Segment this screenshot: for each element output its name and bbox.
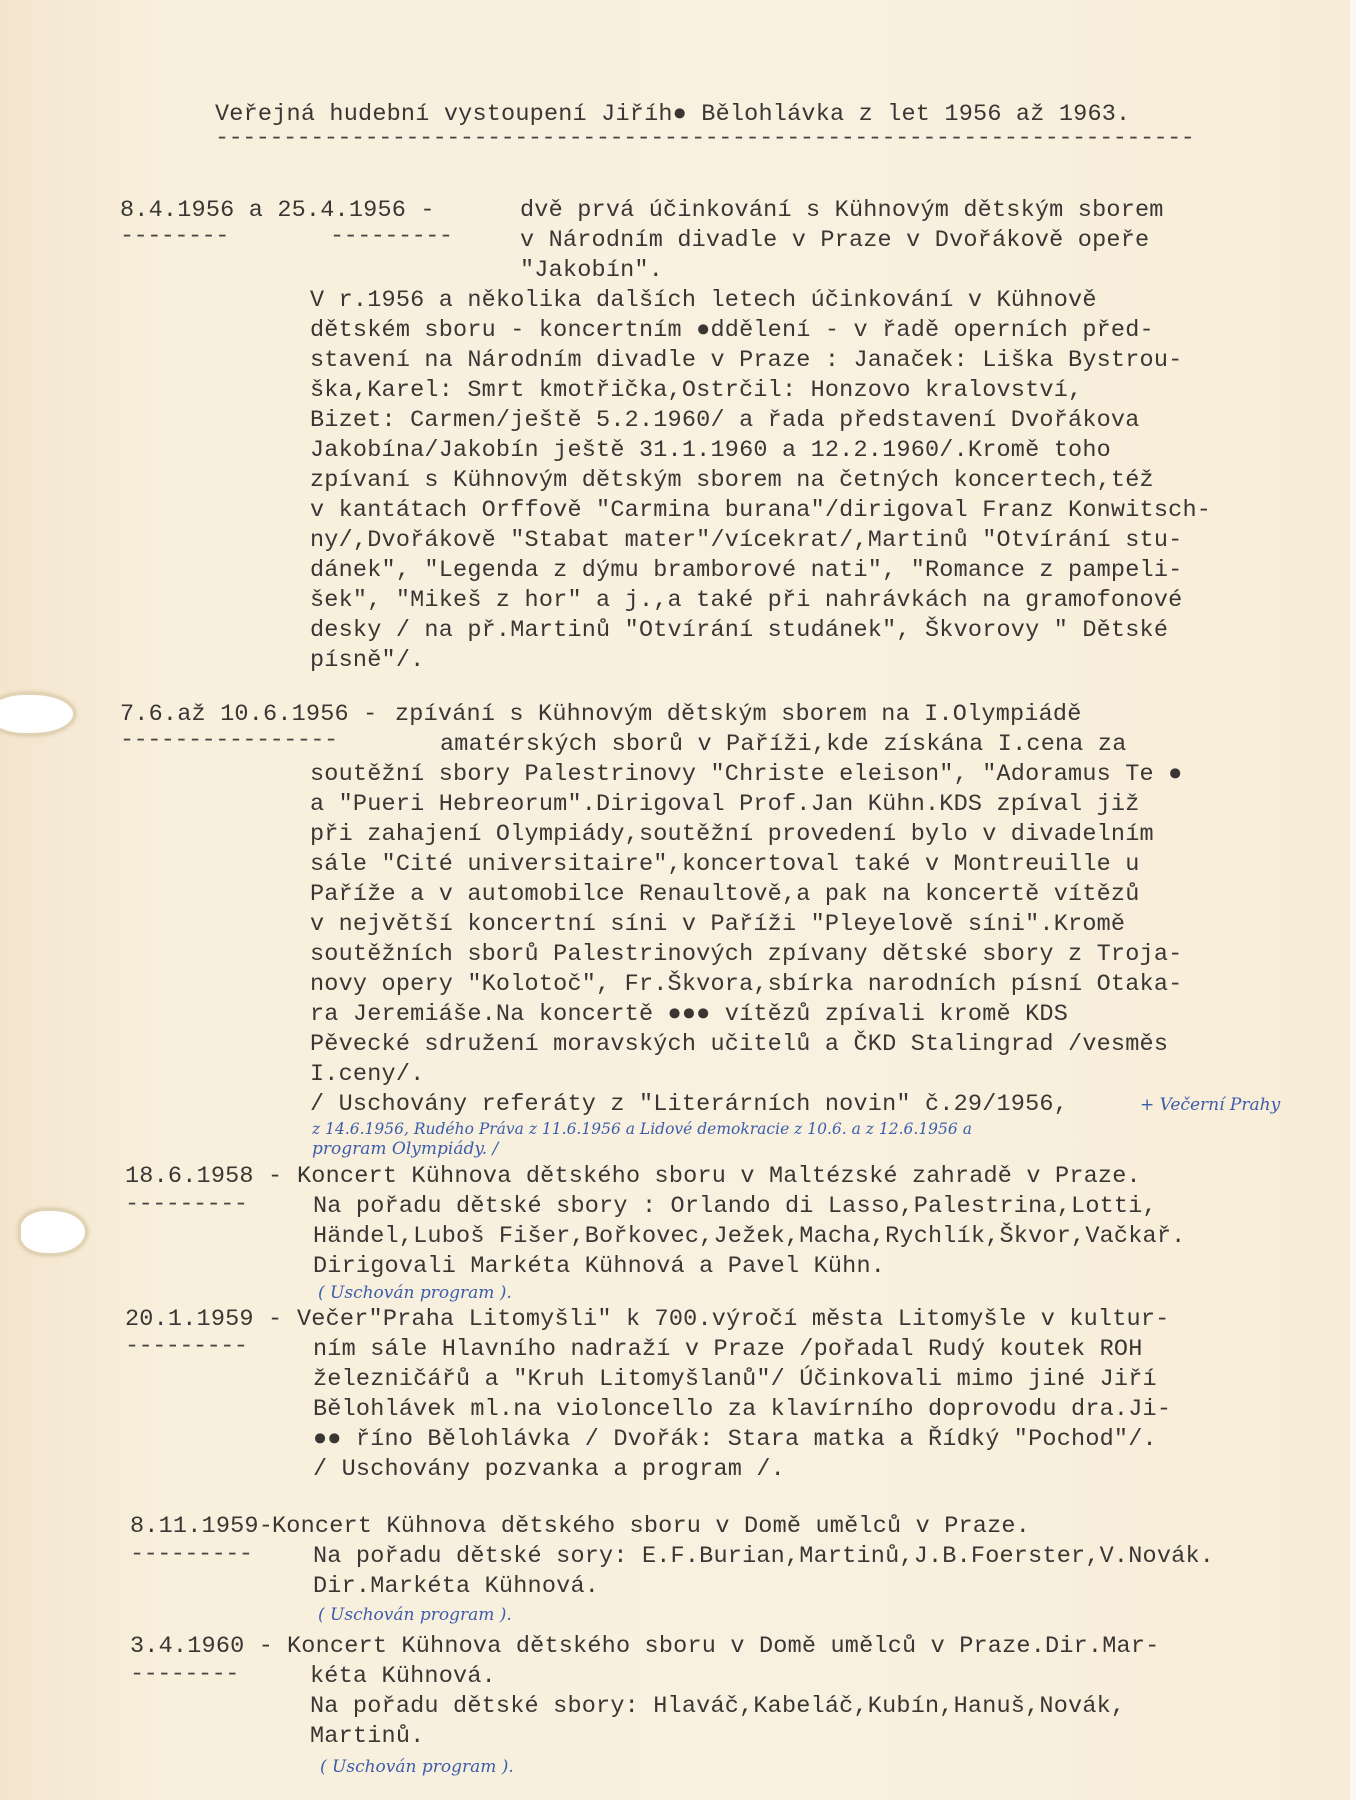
entry-line: Pěvecké sdružení moravských učitelů a ČK… bbox=[310, 1030, 1168, 1060]
entry-line: / Uschovány referáty z "Literárních novi… bbox=[310, 1090, 1068, 1120]
entry-line: v největší koncertní síni v Paříži "Pley… bbox=[310, 910, 1125, 940]
paragraph-line: ny/,Dvořákově "Stabat mater"/vícekrat/,M… bbox=[310, 526, 1182, 556]
paragraph-line: šek", "Mikeš z hor" a j.,a také při nahr… bbox=[310, 586, 1182, 616]
paragraph-line: dětském sboru - koncertním ●ddělení - v … bbox=[310, 316, 1154, 346]
punch-hole-bottom bbox=[18, 1208, 88, 1256]
paragraph-line: V r.1956 a několika dalších letech účink… bbox=[310, 286, 1097, 316]
entry-line: zpívání s Kühnovým dětským sborem na I.O… bbox=[395, 700, 1082, 730]
paragraph-line: dánek", "Legenda z dýmu bramborové nati"… bbox=[310, 556, 1182, 586]
entry-date: 18.6.1958 - bbox=[125, 1162, 282, 1192]
entry-line: Dir.Markéta Kühnová. bbox=[313, 1572, 599, 1602]
date-underline: --------- bbox=[130, 1540, 252, 1570]
entry-line: "Jakobín". bbox=[520, 256, 663, 286]
entry-line: Koncert Kühnova dětského sboru v Domě um… bbox=[272, 1512, 1030, 1542]
entry-line: sále "Cité universitaire",koncertoval ta… bbox=[310, 850, 1140, 880]
entry-date: 8.11.1959- bbox=[130, 1512, 273, 1542]
date-underline: --------- bbox=[125, 1332, 247, 1362]
handwritten-note: ( Uschován program ). bbox=[318, 1604, 512, 1626]
entry-line: soutěžních sborů Palestrinových zpívany … bbox=[310, 940, 1182, 970]
entry-line: ●● říno Bělohlávka / Dvořák: Stara matka… bbox=[313, 1425, 1157, 1455]
title-underline: ----------------------------------------… bbox=[215, 124, 1194, 154]
handwritten-note: ( Uschován program ). bbox=[320, 1756, 514, 1778]
entry-line: kéta Kühnová. bbox=[310, 1662, 496, 1692]
paper-edge bbox=[1350, 0, 1356, 1800]
handwritten-note: program Olympiády. / bbox=[312, 1138, 498, 1160]
entry-line: ra Jeremiáše.Na koncertě ●●● vítězů zpív… bbox=[310, 1000, 1068, 1030]
date-underline: -------- bbox=[130, 1660, 239, 1690]
paragraph-line: Jakobína/Jakobín ještě 31.1.1960 a 12.2.… bbox=[310, 436, 1111, 466]
paragraph-line: v kantátach Orffově "Carmina burana"/dir… bbox=[310, 496, 1211, 526]
entry-line: při zahajení Olympiády,soutěžní proveden… bbox=[310, 820, 1154, 850]
entry-line: železničářů a "Kruh Litomyšlanů"/ Účinko… bbox=[313, 1365, 1157, 1395]
entry-line: Na pořadu dětské sbory : Orlando di Lass… bbox=[313, 1192, 1157, 1222]
handwritten-note: z 14.6.1956, Rudého Práva z 11.6.1956 a … bbox=[312, 1118, 972, 1140]
entry-line: Bělohlávek ml.na violoncello za klavírní… bbox=[313, 1395, 1171, 1425]
paragraph-line: desky / na př.Martinů "Otvírání studánek… bbox=[310, 616, 1168, 646]
paragraph-line: Bizet: Carmen/ještě 5.2.1960/ a řada pře… bbox=[310, 406, 1140, 436]
entry-line: Na pořadu dětské sbory: Hlaváč,Kabeláč,K… bbox=[310, 1692, 1125, 1722]
entry-line: dvě prvá účinkování s Kühnovým dětským s… bbox=[520, 196, 1164, 226]
handwritten-note: ( Uschován program ). bbox=[318, 1282, 512, 1304]
entry-line: amatérských sborů v Paříži,kde získána I… bbox=[440, 730, 1127, 760]
date-underline: --------- bbox=[125, 1190, 247, 1220]
entry-line: Večer"Praha Litomyšli" k 700.výročí měst… bbox=[297, 1305, 1169, 1335]
entry-date: 20.1.1959 - bbox=[125, 1305, 282, 1335]
date-underline: ---------------- bbox=[120, 726, 338, 756]
entry-line: soutěžní sbory Palestrinovy "Christe ele… bbox=[310, 760, 1182, 790]
paragraph-line: stavení na Národním divadle v Praze : Ja… bbox=[310, 346, 1182, 376]
entry-line: Dirigovali Markéta Kühnová a Pavel Kühn. bbox=[313, 1252, 885, 1282]
entry-line: novy opery "Kolotoč", Fr.Škvora,sbírka n… bbox=[310, 970, 1182, 1000]
date-underline: --------- bbox=[330, 222, 452, 252]
entry-date: 3.4.1960 - bbox=[130, 1632, 273, 1662]
date-underline: -------- bbox=[120, 222, 229, 252]
entry-line: Na pořadu dětské sory: E.F.Burian,Martin… bbox=[313, 1542, 1214, 1572]
entry-line: a "Pueri Hebreorum".Dirigoval Prof.Jan K… bbox=[310, 790, 1140, 820]
entry-line: / Uschovány pozvanka a program /. bbox=[313, 1455, 785, 1485]
handwritten-note: + Večerní Prahy bbox=[1140, 1094, 1280, 1116]
paragraph-line: ška,Karel: Smrt kmotřička,Ostrčil: Honzo… bbox=[310, 376, 1082, 406]
entry-line: Martinů. bbox=[310, 1722, 424, 1752]
paragraph-line: písně"/. bbox=[310, 646, 424, 676]
entry-line: Koncert Kühnova dětského sboru v Maltézs… bbox=[297, 1162, 1141, 1192]
entry-line: ním sále Hlavního nadraží v Praze /pořad… bbox=[313, 1335, 1143, 1365]
entry-line: I.ceny/. bbox=[310, 1060, 424, 1090]
entry-line: Paříže a v automobilce Renaultově,a pak … bbox=[310, 880, 1140, 910]
paragraph-line: zpívaní s Kühnovým dětským sborem na čet… bbox=[310, 466, 1154, 496]
entry-line: Koncert Kühnova dětského sboru v Domě um… bbox=[287, 1632, 1159, 1662]
entry-line: Händel,Luboš Fišer,Bořkovec,Ježek,Macha,… bbox=[313, 1222, 1185, 1252]
entry-line: v Národním divadle v Praze v Dvořákově o… bbox=[520, 226, 1149, 256]
